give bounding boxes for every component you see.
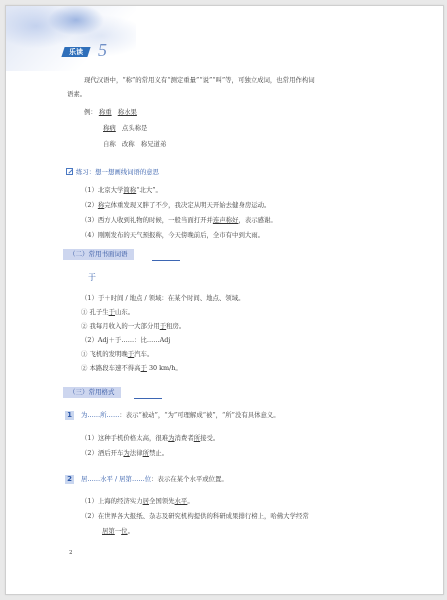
- practice-item-2: （2）称完体重发现又胖了不少，我决定从明天开始去健身房运动。: [81, 201, 270, 209]
- examples-row-1: 例： 称重 称水果: [84, 108, 137, 116]
- item-text: 完体重发现又胖了不少，我决定从明天开始去健身房运动。: [104, 201, 270, 209]
- underlined-term: 简称: [123, 186, 136, 194]
- pattern-2-header: 居……水平 / 居第……位：表示在某个水平或位置。: [81, 475, 228, 483]
- pattern-number-badge: 2: [65, 475, 74, 484]
- example-word: 称兄道弟: [141, 140, 167, 148]
- item-text: 。: [187, 497, 193, 505]
- item-number: （2）: [81, 449, 98, 457]
- item-text: 汽车。: [134, 350, 153, 358]
- underlined-term: 水平: [175, 497, 188, 505]
- pattern-2-example-1: （1）上海的经济实力居全国领先水平。: [81, 497, 194, 505]
- practice-item-4: （4）刚刚发布的天气预报称，今天傍晚前后，全市有中到大雨。: [81, 231, 264, 239]
- pattern-formula: 居……水平 / 居第……位: [81, 475, 151, 483]
- example-word: 称水果: [118, 108, 137, 116]
- item-number: （1）: [81, 434, 98, 442]
- usage-2-label: （2）Adj＋于……：比……Adj: [81, 336, 170, 344]
- item-text: 刚刚发布的天气预报: [98, 231, 156, 239]
- practice-item-1: （1）北京大学简称“北大”。: [81, 186, 162, 194]
- item-text: 上海的经济实力: [98, 497, 143, 505]
- item-text: ，表示感谢。: [238, 216, 276, 224]
- item-number: （2）: [81, 201, 98, 209]
- section-header-rule: [152, 260, 180, 261]
- pattern-description: ：表示“被动”，“为”可理解成“被”，“所”没有具体意义。: [119, 411, 279, 419]
- practice-item-3: （3）西方人收到礼物的时候，一般当面打开并连声称好，表示感谢。: [81, 216, 277, 224]
- usage-1-label: （1）于＋时间 / 地点 / 领域：在某个时间、地点、领域。: [81, 294, 244, 302]
- item-number: ①: [81, 308, 87, 316]
- underlined-term: 连声称好: [213, 216, 239, 224]
- usage-2-example-1: ① 飞机的发明晚于汽车。: [81, 350, 153, 358]
- pattern-1-header: 为……所……：表示“被动”，“为”可理解成“被”，“所”没有具体意义。: [81, 411, 280, 419]
- pencil-edit-icon: [66, 168, 73, 175]
- pattern-formula: 为……所……: [81, 411, 119, 419]
- item-text: 租房。: [166, 322, 185, 330]
- item-text: 法律: [130, 449, 143, 457]
- pattern-1-example-1: （1）这种手机价格太高，很难为消费者所接受。: [81, 434, 219, 442]
- item-number: （3）: [81, 216, 98, 224]
- item-text: 30 km/h。: [147, 364, 182, 372]
- item-text: 山东。: [115, 308, 134, 316]
- pattern-description: ：表示在某个水平或位置。: [151, 475, 228, 483]
- item-text: ，今天傍晚前后，全市有中到大雨。: [162, 231, 264, 239]
- usage-1-example-2: ② 我每月收入的一大部分用于租房。: [81, 322, 185, 330]
- item-number: ②: [81, 364, 87, 372]
- item-text: 禁止。: [149, 449, 168, 457]
- intro-line-2: 语素。: [67, 90, 86, 98]
- pattern-2-example-2-line-1: （2）在世界各大报纸、杂志及研究机构提供的科研成果排行榜上，哈佛大学经常: [81, 512, 309, 520]
- page-number: 2: [69, 550, 73, 556]
- section-header-written-words: （二）常用书面词语: [63, 249, 134, 260]
- item-text: 在世界各大报纸、杂志及研究机构提供的科研成果排行榜上，哈佛大学经常: [98, 512, 309, 520]
- decorative-watercolor-corner: [6, 6, 136, 71]
- usage-1-example-1: ① 孔子生于山东。: [81, 308, 134, 316]
- item-number: （2）: [81, 512, 98, 520]
- item-number: （1）: [81, 497, 98, 505]
- usage-2-example-2: ② 本路段车速不得高于 30 km/h。: [81, 364, 182, 372]
- item-text: 这种手机价格太高，很难: [98, 434, 168, 442]
- example-word: 点头称是: [122, 124, 148, 132]
- item-number: ②: [81, 322, 87, 330]
- item-text: 飞机的发明晚: [89, 350, 127, 358]
- item-text: 消费者: [175, 434, 194, 442]
- lesson-badge-label: 乐读: [63, 47, 89, 57]
- item-text: 我每月收入的一大部分用: [89, 322, 159, 330]
- pattern-2-example-2-line-2: 居第一位。: [102, 527, 134, 535]
- pattern-number-badge: 1: [65, 411, 74, 420]
- item-text: “北大”。: [136, 186, 162, 194]
- item-text: 本路段车速不得高: [89, 364, 140, 372]
- item-text: 孔子生: [89, 308, 108, 316]
- intro-line-1: 现代汉语中，“称”的常用义有“测定重量”“说”“叫”等，可独立成词，也常用作构词: [84, 76, 315, 84]
- pattern-1-example-2: （2）酒后开车为法律所禁止。: [81, 449, 168, 457]
- lesson-badge: 乐读: [61, 47, 90, 57]
- examples-row-2: 称病 点头称是: [103, 124, 147, 132]
- item-number: ①: [81, 350, 87, 358]
- item-text: 全国领先: [149, 497, 175, 505]
- item-text: 接受。: [200, 434, 219, 442]
- example-word: 自称: [103, 140, 116, 148]
- item-text: 北京大学: [98, 186, 124, 194]
- section-header-rule: [134, 398, 162, 399]
- item-number: （4）: [81, 231, 98, 239]
- section-header-common-patterns: （三）常用格式: [63, 387, 121, 398]
- example-word: 改称: [122, 140, 135, 148]
- example-word: 称重: [99, 108, 112, 116]
- item-text: 西方人收到礼物的时候，一般当面打开并: [98, 216, 213, 224]
- item-number: （1）: [81, 186, 98, 194]
- practice-title: 练习：想一想画线词语的意思: [76, 168, 159, 176]
- examples-row-3: 自称 改称 称兄道弟: [103, 140, 166, 148]
- item-text: 酒后开车: [98, 449, 124, 457]
- item-text: 。: [128, 527, 134, 535]
- examples-label: 例：: [84, 108, 97, 116]
- keyword-yu: 于: [88, 273, 96, 283]
- document-page: 乐读 5 现代汉语中，“称”的常用义有“测定重量”“说”“叫”等，可独立成词，也…: [5, 5, 444, 595]
- example-word: 称病: [103, 124, 116, 132]
- underlined-term: 居第: [102, 527, 115, 535]
- lesson-number: 5: [98, 41, 107, 59]
